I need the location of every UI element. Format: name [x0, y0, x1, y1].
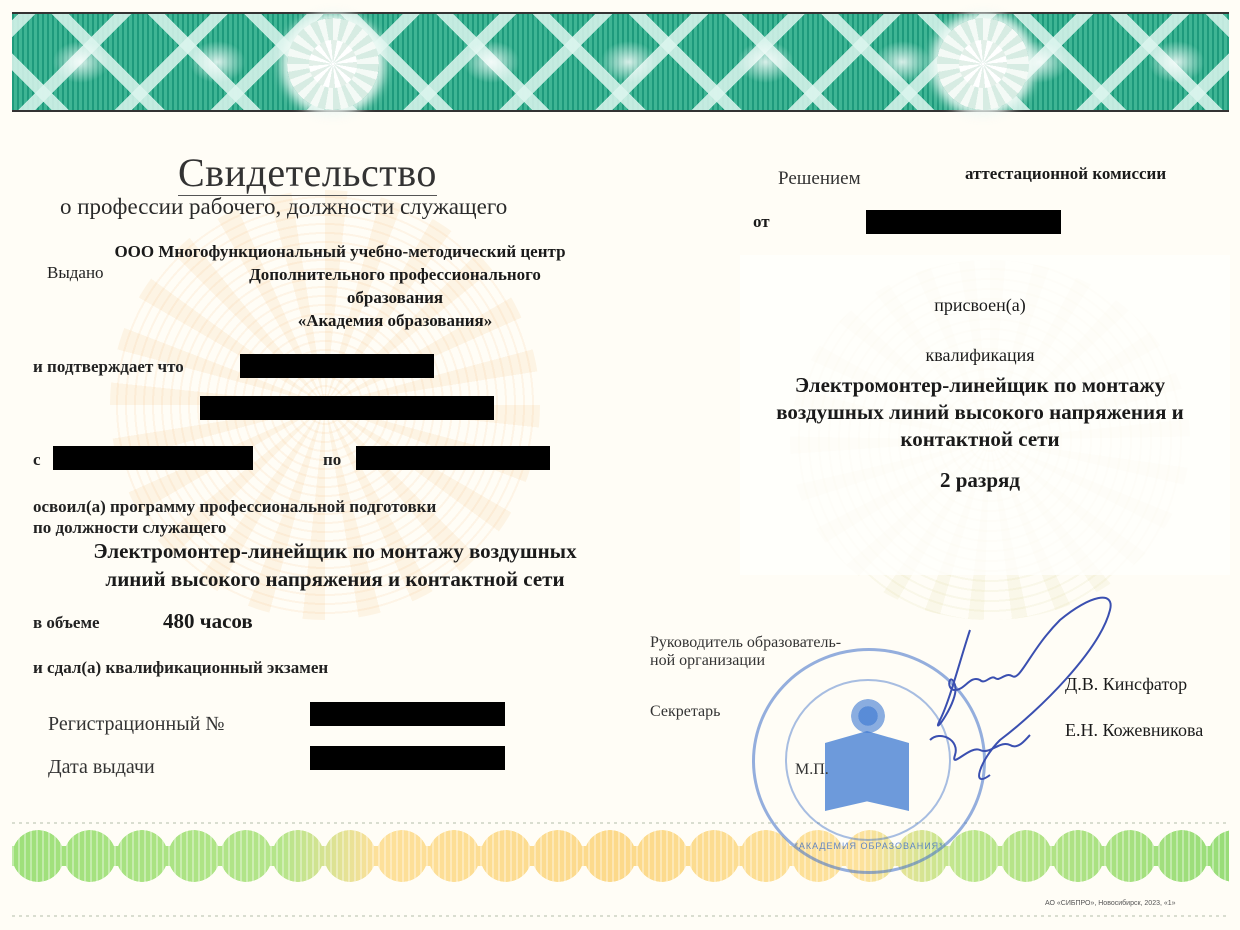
top-security-band	[12, 12, 1229, 112]
qualification-line1: Электромонтер-линейщик по монтажу	[745, 372, 1215, 399]
redacted-date-to	[356, 446, 550, 470]
reg-number-label: Регистрационный №	[48, 713, 224, 736]
from-label: с	[33, 450, 41, 470]
assigned-label: присвоен(а)	[745, 295, 1215, 316]
volume-value: 480 часов	[163, 609, 253, 634]
flower-icon	[851, 699, 885, 733]
program-line2: линий высокого напряжения и контактной с…	[30, 565, 640, 593]
band-medallion-icon	[287, 18, 379, 110]
qualification-name: Электромонтер-линейщик по монтажу воздуш…	[745, 372, 1215, 453]
certificate-subtitle: о профессии рабочего, должности служащег…	[60, 194, 507, 220]
to-label: по	[323, 450, 341, 470]
volume-label: в объеме	[33, 613, 100, 633]
organization-line2: Дополнительного профессионального	[190, 263, 600, 286]
bottom-security-band-core	[12, 846, 1229, 866]
organization-line3: образования	[190, 286, 600, 309]
secretary-label: Секретарь	[650, 703, 720, 721]
signature-head-icon	[900, 590, 1130, 810]
redacted-issue-date	[310, 746, 505, 770]
decision-label: Решением	[778, 168, 861, 190]
redacted-decision-date	[866, 210, 1061, 234]
qualification-line2: воздушных линий высокого напряжения и	[745, 399, 1215, 426]
redacted-reg-number	[310, 702, 505, 726]
confirms-label: и подтверждает что	[33, 357, 184, 377]
stamp-text: *АКАДЕМИЯ ОБРАЗОВАНИЯ*	[755, 841, 983, 851]
issued-label: Выдано	[47, 263, 104, 283]
program-name: Электромонтер-линейщик по монтажу воздуш…	[30, 537, 640, 593]
qualification-line3: контактной сети	[745, 426, 1215, 453]
seal-label: М.П.	[795, 761, 829, 779]
organization-line4: «Академия образования»	[190, 309, 600, 332]
redacted-date-from	[53, 446, 253, 470]
redacted-full-name-2	[200, 396, 494, 420]
head-label-line1: Руководитель образователь-	[650, 634, 841, 652]
decision-date-label: от	[753, 212, 770, 232]
mastered-line1: освоил(а) программу профессиональной под…	[33, 497, 436, 517]
band-medallion-icon	[937, 18, 1029, 110]
qualification-label: квалификация	[745, 345, 1215, 366]
secretary-name: Е.Н. Кожевникова	[1065, 720, 1203, 741]
program-line1: Электромонтер-линейщик по монтажу воздуш…	[30, 537, 640, 565]
head-label-line2: ной организации	[650, 652, 841, 670]
exam-label: и сдал(а) квалификационный экзамен	[33, 658, 328, 678]
organization-line1: ООО Многофункциональный учебно-методичес…	[40, 240, 640, 263]
head-name: Д.В. Кинсфатор	[1065, 674, 1187, 695]
book-icon	[825, 731, 909, 811]
divider	[12, 822, 1229, 824]
redacted-full-name-1	[240, 354, 434, 378]
divider	[12, 915, 1229, 917]
commission-label: аттестационной комиссии	[965, 164, 1166, 184]
mastered-line2: по должности служащего	[33, 518, 226, 538]
head-label: Руководитель образователь- ной организац…	[650, 634, 841, 670]
grade: 2 разряд	[745, 468, 1215, 493]
issue-date-label: Дата выдачи	[48, 756, 155, 779]
certificate-title: Свидетельство	[178, 153, 437, 196]
printer-imprint: АО «СИБПРО», Новосибирск, 2023, «1»	[1045, 900, 1176, 907]
